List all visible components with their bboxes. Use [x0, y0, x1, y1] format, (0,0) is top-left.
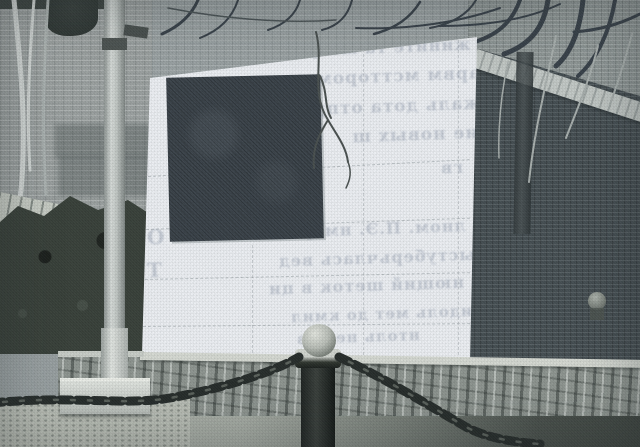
scanned-photo: жините та жтармг в соцретарвм мсттором о…	[0, 0, 640, 447]
vignette	[0, 0, 640, 447]
